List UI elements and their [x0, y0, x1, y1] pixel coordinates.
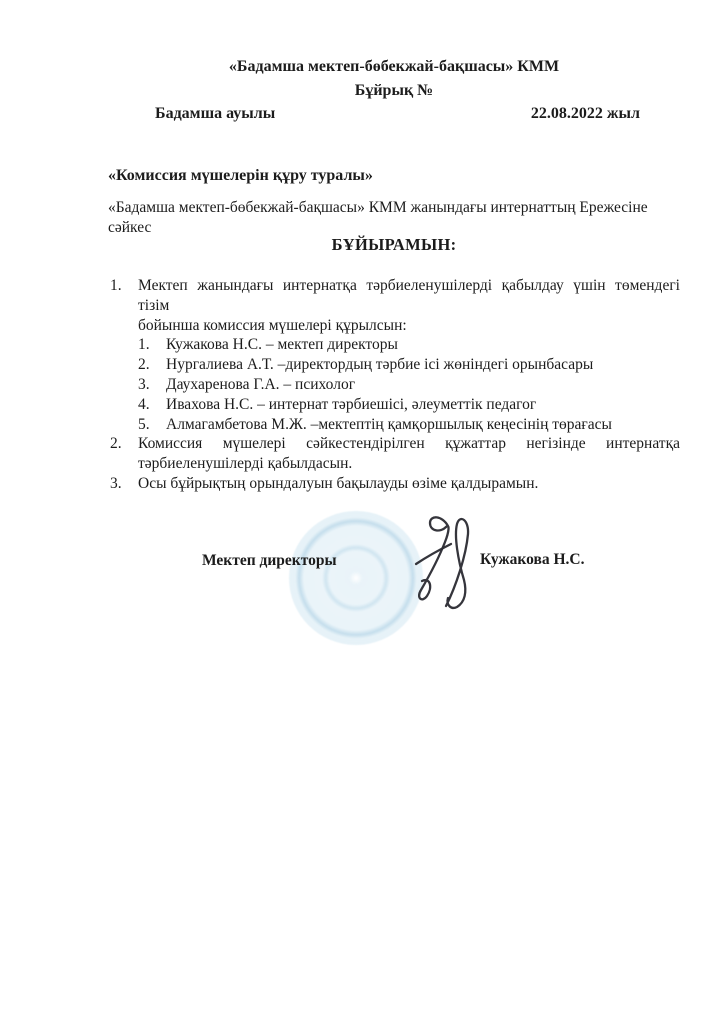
place-date-row: Бадамша ауылы 22.08.2022 жыл	[155, 104, 640, 124]
handwritten-signature	[402, 512, 492, 612]
item-body: Комиссия мүшелері сәйкестендірілген құжа…	[138, 434, 680, 474]
resolution-heading: БҰЙЫРАМЫН:	[108, 235, 680, 255]
item-number: 1.	[110, 276, 138, 296]
member-number: 5.	[138, 415, 166, 435]
order-basis: «Бадамша мектеп-бөбекжай-бақшасы» КММ жа…	[108, 198, 694, 238]
item-body: Осы бұйрықтың орындалуын бақылауды өзіме…	[138, 474, 680, 494]
commission-member-row: 4. Ивахова Н.С. – интернат тәрбиешісі, ә…	[138, 395, 680, 415]
organization-title: «Бадамша мектеп-бөбекжай-бақшасы» КММ	[108, 57, 680, 77]
signer-role-label: Мектеп директоры	[202, 552, 337, 570]
member-text: Ивахова Н.С. – интернат тәрбиешісі, әлеу…	[166, 395, 536, 415]
member-number: 4.	[138, 395, 166, 415]
member-number: 3.	[138, 375, 166, 395]
order-item-3: 3. Осы бұйрықтың орындалуын бақылауды өз…	[110, 474, 680, 494]
item-line: бойынша комиссия мүшелері құрылсын:	[138, 316, 680, 336]
item-line: Осы бұйрықтың орындалуын бақылауды өзіме…	[138, 474, 680, 494]
order-number-line: Бұйрық №	[108, 81, 680, 101]
scanned-order-document: «Бадамша мектеп-бөбекжай-бақшасы» КММ Бұ…	[0, 0, 724, 1024]
item-number: 2.	[110, 434, 138, 454]
order-item-1: 1. Мектеп жанындағы интернатқа тәрбиелен…	[110, 276, 680, 434]
order-items-list: 1. Мектеп жанындағы интернатқа тәрбиелен…	[110, 276, 680, 494]
order-subject: «Комиссия мүшелерін құру туралы»	[108, 166, 373, 186]
commission-member-row: 5. Алмагамбетова М.Ж. –мектептің қамқорш…	[138, 415, 680, 435]
item-line: Мектеп жанындағы интернатқа тәрбиеленуші…	[138, 276, 680, 316]
item-number: 3.	[110, 474, 138, 494]
member-text: Нургалиева А.Т. –директордың тәрбие ісі …	[166, 355, 593, 375]
commission-member-row: 1. Кужакова Н.С. – мектеп директоры	[138, 335, 680, 355]
member-text: Кужакова Н.С. – мектеп директоры	[166, 335, 398, 355]
signer-name-label: Кужакова Н.С.	[480, 551, 584, 569]
member-number: 1.	[138, 335, 166, 355]
commission-member-row: 2. Нургалиева А.Т. –директордың тәрбие і…	[138, 355, 680, 375]
commission-member-row: 3. Даухаренова Г.А. – психолог	[138, 375, 680, 395]
member-number: 2.	[138, 355, 166, 375]
order-date: 22.08.2022 жыл	[531, 104, 640, 124]
member-text: Алмагамбетова М.Ж. –мектептің қамқоршылы…	[166, 415, 612, 435]
item-line: тәрбиеленушілерді қабылдасын.	[138, 454, 680, 474]
item-body: Мектеп жанындағы интернатқа тәрбиеленуші…	[138, 276, 680, 434]
place-name: Бадамша ауылы	[155, 104, 275, 124]
order-item-2: 2. Комиссия мүшелері сәйкестендірілген қ…	[110, 434, 680, 474]
member-text: Даухаренова Г.А. – психолог	[166, 375, 355, 395]
item-line: Комиссия мүшелері сәйкестендірілген құжа…	[138, 434, 680, 454]
